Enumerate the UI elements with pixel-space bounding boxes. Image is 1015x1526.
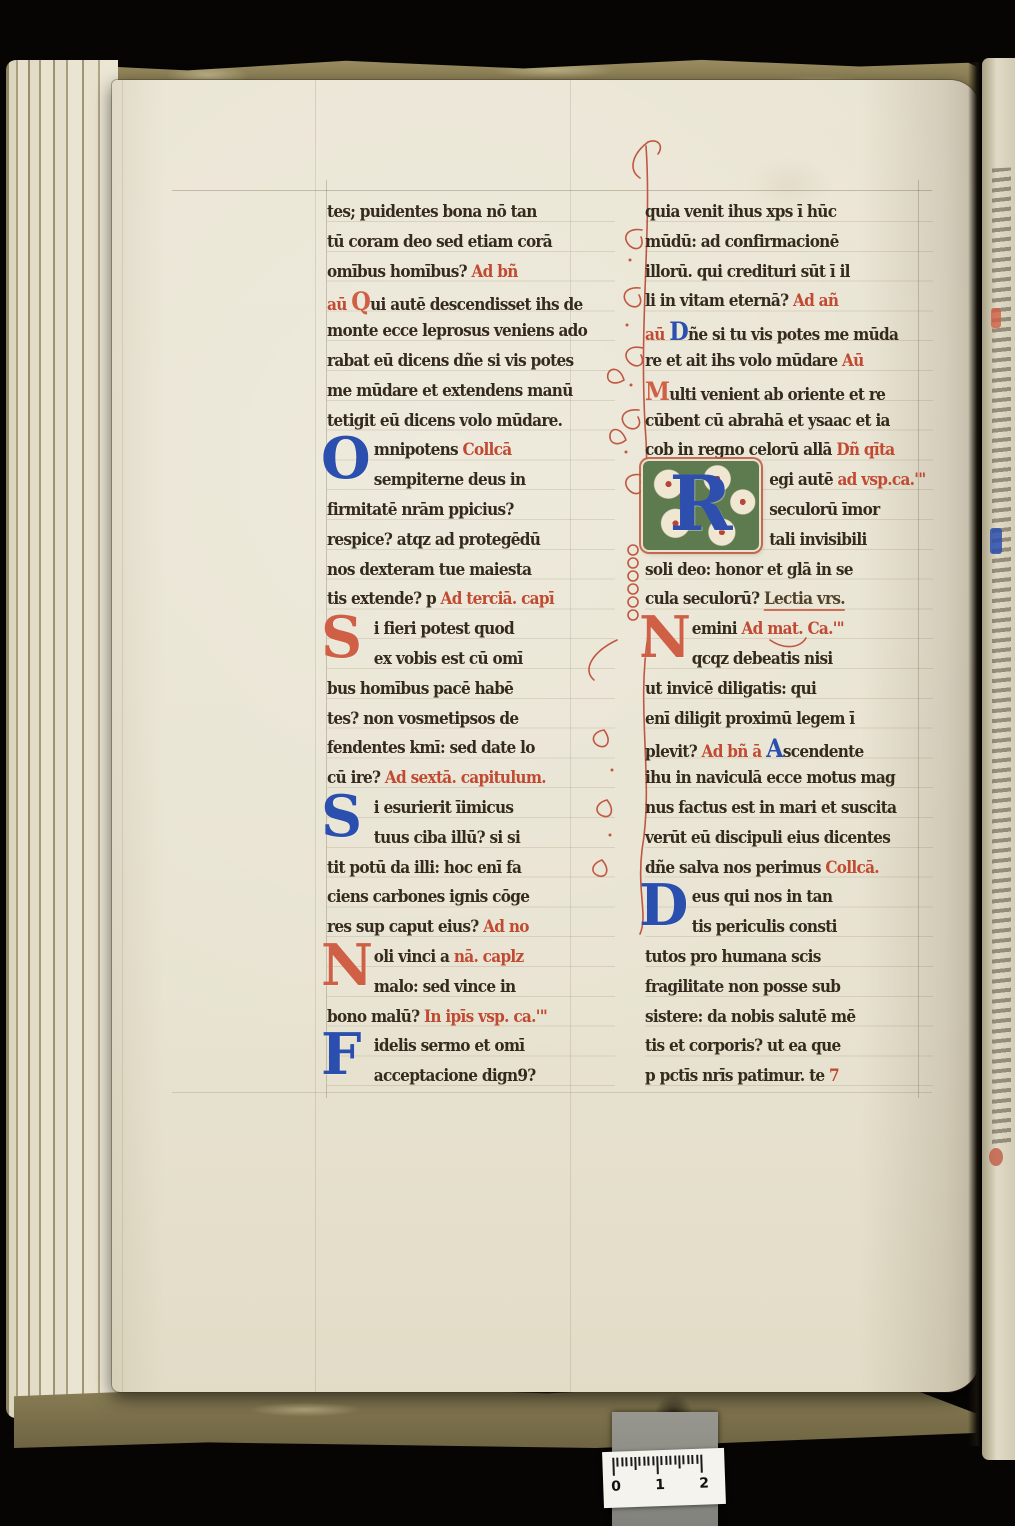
facing-page-initial-red [991,308,1001,328]
facing-page-initial-red2 [989,1148,1003,1166]
body-text: seculorū īmor [769,500,879,520]
manuscript-line: verūt eū discipuli eius dicentes [645,824,904,854]
book-fore-edge-pages [6,60,118,1418]
illuminated-initial-O: O [321,431,367,487]
ruler-tick [612,1458,615,1476]
manuscript-line: nus factus est in mari et suscita [645,794,904,824]
body-text: tis et corporis? ut ea que [645,1036,841,1056]
manuscript-line: aū Dñe si tu vis potes me mūda [645,317,904,347]
body-text: mūdū: ad confirmacionē [645,232,839,252]
rubric-text: Ad añ [793,291,838,311]
body-text: quia venit ihus xps ī hūc [645,202,836,222]
rubric-text: Collcā [463,440,512,460]
manuscript-line: monte ecce leprosus veniens ado [327,317,586,347]
body-text: tis periculis consti [692,917,837,937]
rubric-text: nā. caplz [454,947,524,967]
body-text: ex vobis est cū omī [374,649,523,669]
ruler-tick [700,1455,703,1473]
illuminated-initial-S: S [321,789,367,845]
manuscript-line: ihu in naviculā ecce motus mag [645,764,904,794]
illuminated-initial-D: D [639,878,685,934]
body-text: bus homībus pacē habē [327,679,513,699]
ruler-tick [621,1457,623,1466]
rubric-text: Dñ qīta [836,440,894,460]
manuscript-line: fragilitate non posse sub [645,973,904,1003]
manuscript-line: tis et corporis? ut ea que [645,1032,904,1062]
manuscript-line: nos dexteram tue maiesta [327,556,586,586]
rubric-text: ad vsp.ca.'" [837,470,925,490]
body-text: qcqz debeatis nisi [692,649,833,669]
body-text: sempiterne deus in [374,470,526,490]
ruler-tick [625,1457,627,1466]
body-text: emini [692,619,742,639]
body-text: D [669,317,688,346]
manuscript-line: plevit? Ad bñ ā Ascendente [645,734,904,764]
ruler-tick [674,1456,676,1465]
body-text: verūt eū discipuli eius dicentes [645,828,890,848]
body-text: sistere: da nobis salutē mē [645,1007,855,1027]
body-text: tes; puidentes bona nō tan [327,202,537,222]
body-text: monte ecce leprosus veniens ado [327,321,587,341]
ruler-tick [669,1456,671,1465]
body-text: re et ait ihs volo mūdare [645,351,842,371]
body-text: ihu in naviculā ecce motus mag [645,768,895,788]
illuminated-initial-R: R [643,461,759,550]
ruler-label: 0 [611,1479,621,1495]
manuscript-line: re et ait ihs volo mūdare Aū [645,347,904,377]
manuscript-line: sistere: da nobis salutē mē [645,1003,904,1033]
body-text: fendentes kmī: sed date lo [327,738,535,758]
body-text: ui autē descendisset ihs de [370,295,582,315]
manuscript-line: mūdū: ad confirmacionē [645,228,904,258]
illuminated-initial-N: N [639,610,685,666]
manuscript-line: me mūdare et extendens manū [327,377,586,407]
body-text: omībus homībus? [327,262,472,282]
manuscript-line: rabat eū dicens dñe si vis potes [327,347,586,377]
rubric-text: Ad bñ ā [702,742,767,762]
body-text: ciens carbones ignis cōge [327,887,529,907]
body-text: soli deo: honor et glā in se [645,560,853,580]
ruler-label: 1 [655,1477,665,1493]
manuscript-line: tit potū da illi: hoc enī fa [327,854,586,884]
ruler-tick [656,1456,659,1474]
body-text: fragilitate non posse sub [645,977,840,997]
manuscript-line: omībus homībus? Ad bñ [327,258,586,288]
rubric-text: Ad mat. Ca.'" [741,619,843,639]
facing-page-edge [982,58,1015,1460]
body-text: i fieri potest quod [374,619,514,639]
manuscript-line: cūbent cū abrahā et ysaac et ia [645,407,904,437]
ruling-line [172,190,932,191]
ruler-tick [687,1455,689,1464]
body-text: illorū. qui credituri sūt ī il [645,262,850,282]
text-column-right: quia venit ihus xps ī hūcmūdū: ad confir… [645,198,933,1094]
ruler-tick [665,1456,667,1465]
manuscript-line: illorū. qui credituri sūt ī il [645,258,904,288]
ruler: 0 1 2 [602,1448,726,1508]
ruler-tick [678,1455,680,1468]
body-text: cūbent cū abrahā et ysaac et ia [645,411,890,431]
body-text: ulti venient ab oriente et re [669,385,885,405]
rubric-text: Ad bñ [472,262,518,282]
manuscript-line: Multi venient ab oriente et re [645,377,904,407]
body-text: tes? non vosmetipsos de [327,709,518,729]
rubric-text: Ad no [483,917,529,937]
ruler-tick [617,1458,619,1467]
body-text: respice? atqz ad protegēdū [327,530,540,550]
body-text: eus qui nos in tan [692,887,832,907]
manuscript-line: tes? non vosmetipsos de [327,705,586,735]
ruling-line [122,80,123,1392]
illuminated-initial-F: F [321,1027,367,1083]
facing-page-initial-blue [990,528,1002,554]
body-text: oli vinci a [374,947,454,967]
body-text: plevit? [645,742,702,762]
body-text: acceptacione dign9? [374,1066,536,1086]
manuscript-line: fendentes kmī: sed date lo [327,734,586,764]
body-text: scendente [783,742,864,762]
body-text: li in vitam eternā? [645,291,793,311]
rubric-text: In ipīs vsp. ca.'" [424,1007,547,1027]
manuscript-line: aū Qui autē descendisset ihs de [327,287,586,317]
body-text: egi autē [769,470,837,490]
manuscript-line: li in vitam eternā? Ad añ [645,287,904,317]
body-text: rabat eū dicens dñe si vis potes [327,351,573,371]
body-text: enī diligit proximū legem ī [645,709,854,729]
body-text: nus factus est in mari et suscita [645,798,896,818]
body-text: p pctīs nrīs patimur. te [645,1066,829,1086]
manuscript-line: ciens carbones ignis cōge [327,883,586,913]
body-text: ut invicē diligatis: qui [645,679,816,699]
ruler-label: 2 [699,1475,709,1491]
ruler-tick [652,1456,654,1465]
body-text: tutos pro humana scis [645,947,821,967]
manuscript-line: enī diligit proximū legem ī [645,705,904,735]
ruler-tick [661,1456,663,1465]
body-text: me mūdare et extendens manū [327,381,573,401]
body-text: cob in regno celorū allā [645,440,836,460]
body-text: Q [351,287,370,316]
ruler-tick [643,1457,645,1466]
body-text: nos dexteram tue maiesta [327,560,531,580]
manuscript-line: soli deo: honor et glā in se [645,556,904,586]
body-text: ñe si tu vis potes me mūda [688,325,898,345]
rubric-text: Aū [842,351,864,371]
rubric-text: Lectia vrs. [764,589,845,611]
manuscript-line: p pctīs nrīs patimur. te 7 [645,1062,904,1092]
book-gutter-shadow [968,62,982,1446]
ruler-tick [630,1457,632,1466]
manuscript-line: respice? atqz ad protegēdū [327,526,586,556]
rubric-text: Ad terciā. capī [441,589,554,609]
body-text: A [766,734,783,763]
manuscript-line: firmitatē nrām ppicius? [327,496,586,526]
body-text: tit potū da illi: hoc enī fa [327,858,521,878]
manuscript-line: bus homībus pacē habē [327,675,586,705]
body-text: firmitatē nrām ppicius? [327,500,514,520]
ruler-tick [634,1457,636,1470]
illuminated-initial-N: N [321,938,367,994]
ruler-tick [683,1455,685,1464]
manuscript-photo: tes; puidentes bona nō tantū coram deo s… [0,0,1015,1526]
illuminated-initial-S: S [321,610,367,666]
body-text: idelis sermo et omī [374,1036,525,1056]
ruler-tick [696,1455,698,1464]
body-text: tū coram deo sed etiam corā [327,232,552,252]
rubric-text: Collcā. [825,858,879,878]
rubric-text: aū [327,295,351,315]
manuscript-line: tutos pro humana scis [645,943,904,973]
rubric-text: aū [645,325,669,345]
body-text: tuus ciba illū? si si [374,828,520,848]
manuscript-page: tes; puidentes bona nō tantū coram deo s… [112,80,980,1392]
manuscript-line: tes; puidentes bona nō tan [327,198,586,228]
ruler-tick [639,1457,641,1466]
body-text: malo: sed vince in [374,977,516,997]
manuscript-line: ut invicē diligatis: qui [645,675,904,705]
body-text: M [645,377,669,406]
manuscript-line: quia venit ihus xps ī hūc [645,198,904,228]
ruling-line [315,80,316,1392]
ruler-tick [691,1455,693,1464]
rubric-text: 7 [829,1066,839,1086]
body-text: tali invisibili [769,530,866,550]
rubric-text: Ad sextā. capitulum. [385,768,546,788]
text-column-left: tes; puidentes bona nō tantū coram deo s… [327,198,615,1094]
body-text: mnipotens [374,440,463,460]
ruler-tick [647,1456,649,1465]
manuscript-line: tū coram deo sed etiam corā [327,228,586,258]
body-text: i esurierit īimicus [374,798,513,818]
